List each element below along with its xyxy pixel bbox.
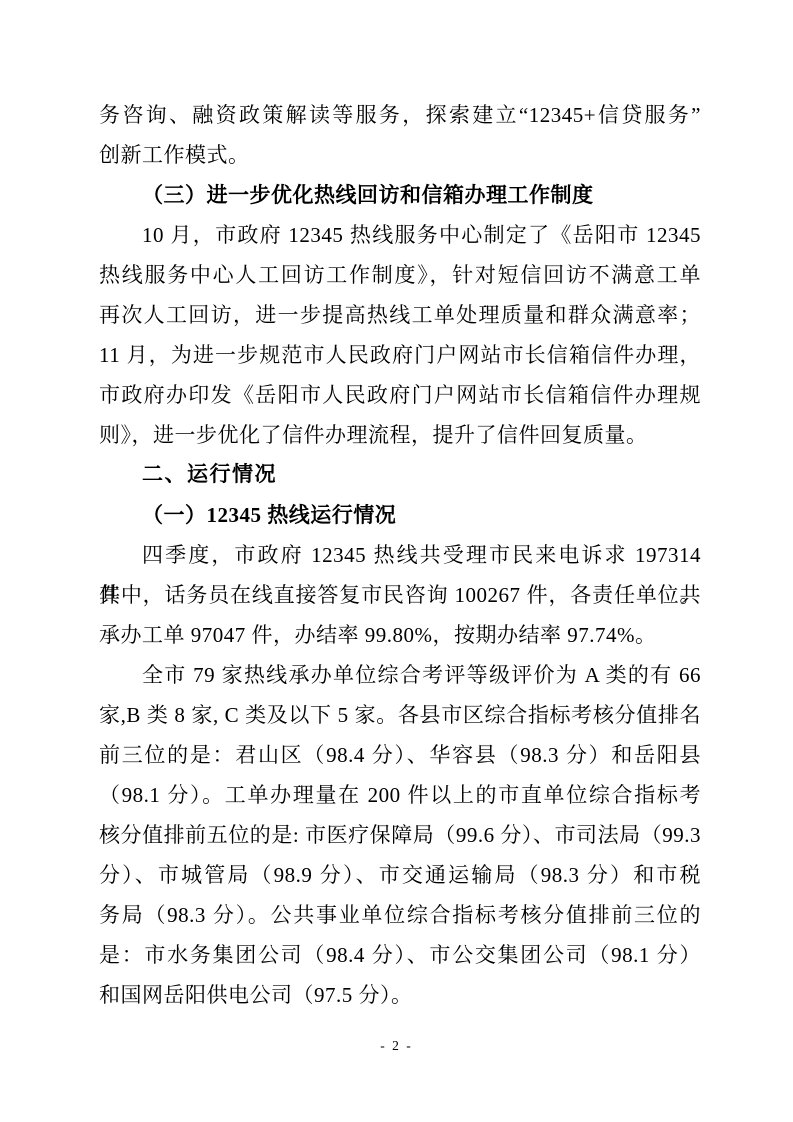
- subsection-heading: （一）12345 热线运行情况: [99, 495, 701, 535]
- section-heading: 二、运行情况: [99, 455, 701, 495]
- body-text-line: 是：市水务集团公司（98.4 分）、市公交集团公司（98.1 分）: [99, 935, 701, 975]
- body-text-line: 热线服务中心人工回访工作制度》，针对短信回访不满意工单: [99, 255, 701, 295]
- document-body: 务咨询、融资政策解读等服务，探索建立“12345+信贷服务”创新工作模式。（三）…: [99, 95, 701, 1015]
- body-text-line: 四季度，市政府 12345 热线共受理市民来电诉求 197314 件。: [99, 535, 701, 575]
- subsection-heading: （三）进一步优化热线回访和信箱办理工作制度: [99, 175, 701, 215]
- body-text-line: 家,B 类 8 家, C 类及以下 5 家。各县市区综合指标考核分值排名: [99, 695, 701, 735]
- body-text-line: 则》，进一步优化了信件办理流程，提升了信件回复质量。: [99, 415, 701, 455]
- body-text-line: 务局（98.3 分）。公共事业单位综合指标考核分值排前三位的: [99, 895, 701, 935]
- body-text-line: 务咨询、融资政策解读等服务，探索建立“12345+信贷服务”: [99, 95, 701, 135]
- body-text-line: 全市 79 家热线承办单位综合考评等级评价为 A 类的有 66: [99, 655, 701, 695]
- body-text-line: （98.1 分）。工单办理量在 200 件以上的市直单位综合指标考: [99, 775, 701, 815]
- body-text-line: 10 月，市政府 12345 热线服务中心制定了《岳阳市 12345: [99, 215, 701, 255]
- body-text-line: 创新工作模式。: [99, 135, 701, 175]
- document-page: 务咨询、融资政策解读等服务，探索建立“12345+信贷服务”创新工作模式。（三）…: [0, 0, 793, 1122]
- body-text-line: 11 月，为进一步规范市人民政府门户网站市长信箱信件办理，: [99, 335, 701, 375]
- body-text-line: 分）、市城管局（98.9 分）、市交通运输局（98.3 分）和市税: [99, 855, 701, 895]
- body-text-line: 前三位的是：君山区（98.4 分）、华容县（98.3 分）和岳阳县: [99, 735, 701, 775]
- body-text-line: 再次人工回访，进一步提高热线工单处理质量和群众满意率；: [99, 295, 701, 335]
- body-text-line: 核分值排前五位的是: 市医疗保障局（99.6 分）、市司法局（99.3: [99, 815, 701, 855]
- body-text-line: 承办工单 97047 件，办结率 99.80%，按期办结率 97.74%。: [99, 615, 701, 655]
- page-number: - 2 -: [0, 1032, 793, 1060]
- body-text-line: 和国网岳阳供电公司（97.5 分）。: [99, 975, 701, 1015]
- body-text-line: 市政府办印发《岳阳市人民政府门户网站市长信箱信件办理规: [99, 375, 701, 415]
- body-text-line: 其中，话务员在线直接答复市民咨询 100267 件，各责任单位共: [99, 575, 701, 615]
